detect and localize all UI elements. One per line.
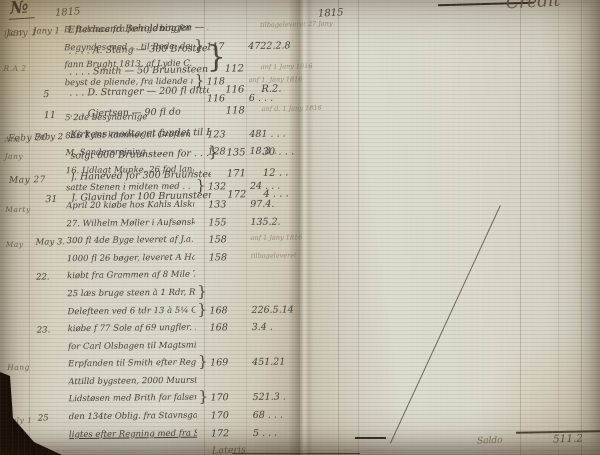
paper-texture [0,0,600,455]
ledger-photo: № 1815 1815 Credit 1857Jany 1B. Balance … [0,0,600,455]
